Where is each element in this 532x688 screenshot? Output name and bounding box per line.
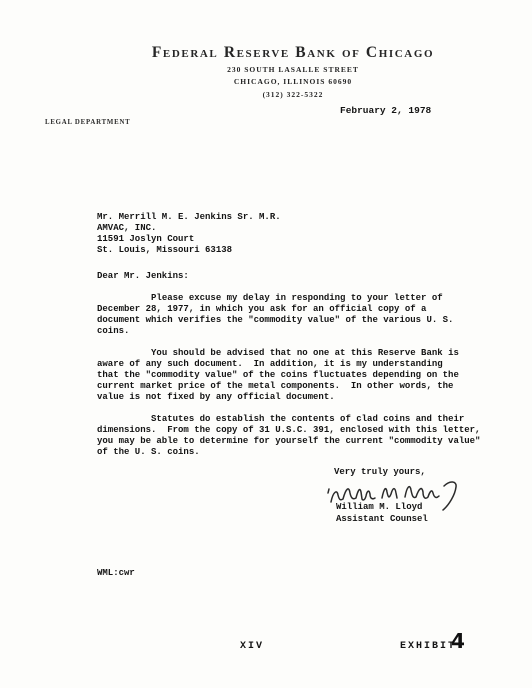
bank-name: Federal Reserve Bank of Chicago [54,44,532,62]
letterhead-street: 230 SOUTH LASALLE STREET [54,65,532,74]
letter-page: Federal Reserve Bank of Chicago 230 SOUT… [0,0,532,688]
exhibit-number: 4 [451,629,465,653]
letter-date: February 2, 1978 [340,105,431,116]
letterhead-city: CHICAGO, ILLINOIS 60690 [54,77,532,86]
signer-name: William M. Lloyd [336,502,422,513]
department-label: LEGAL DEPARTMENT [45,119,131,126]
typist-reference: WML:cwr [97,568,135,579]
page-number: XIV [240,641,264,652]
valediction: Very truly yours, [334,467,426,478]
recipient-address: Mr. Merrill M. E. Jenkins Sr. M.R. AMVAC… [97,212,281,256]
body-paragraph-2: You should be advised that no one at thi… [97,348,497,403]
signer-title: Assistant Counsel [336,514,428,525]
body-paragraph-3: Statutes do establish the contents of cl… [97,414,497,458]
salutation: Dear Mr. Jenkins: [97,271,189,282]
letterhead: Federal Reserve Bank of Chicago 230 SOUT… [54,44,532,99]
letterhead-phone: (312) 322-5322 [54,90,532,99]
exhibit-label: EXHIBIT [400,641,456,652]
body-paragraph-1: Please excuse my delay in responding to … [97,293,497,337]
